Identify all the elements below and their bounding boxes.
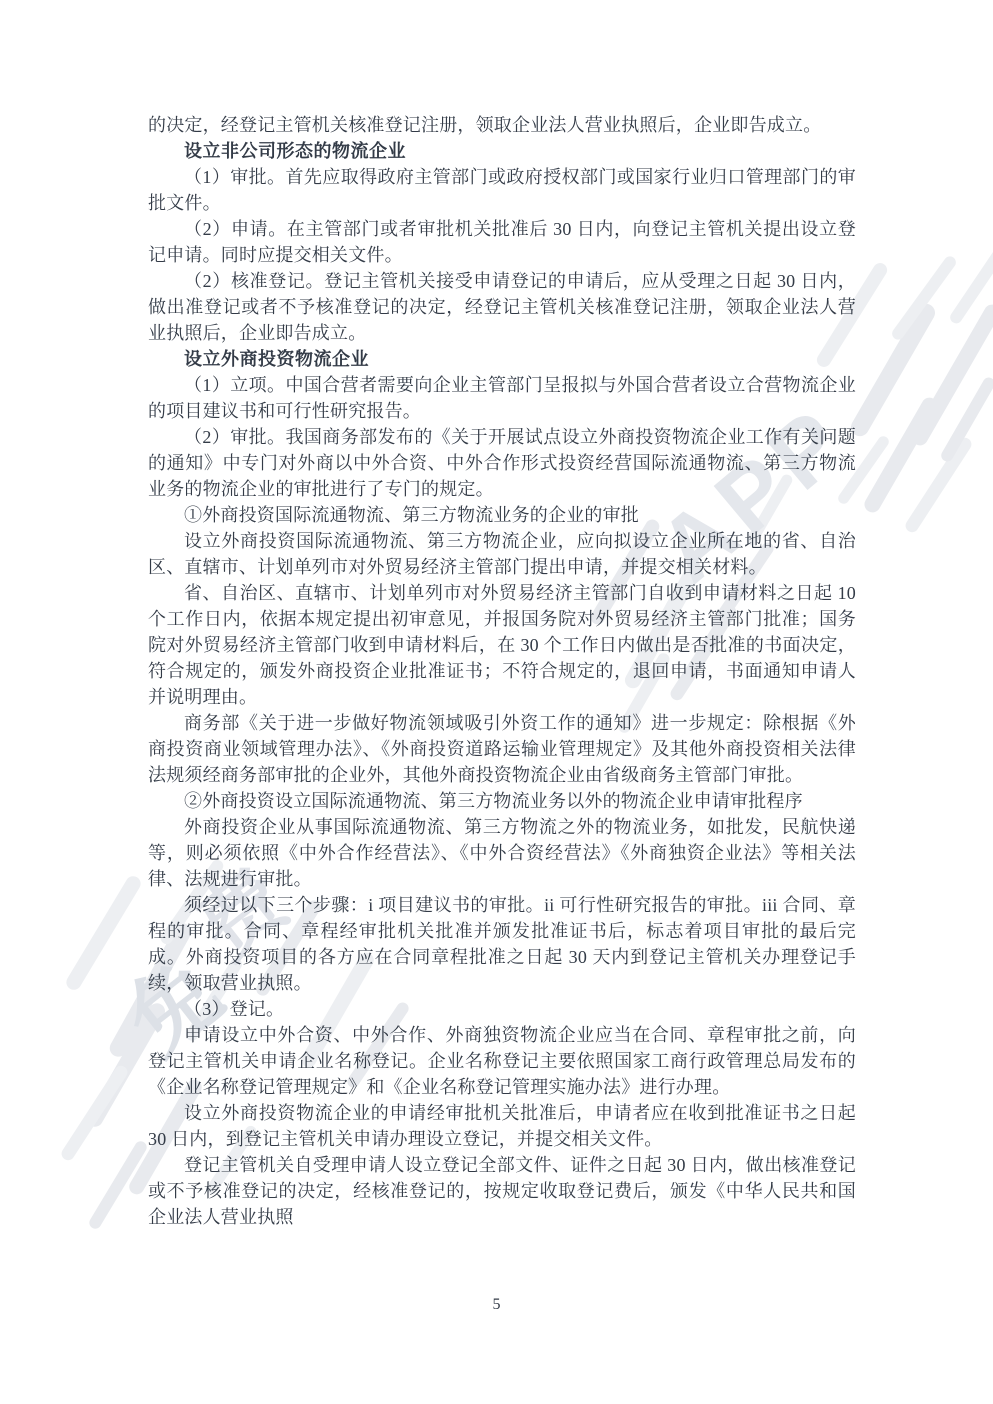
watermark-stroke — [848, 301, 939, 440]
paragraph: ②外商投资设立国际流通物流、第三方物流业务以外的物流企业申请审批程序 — [148, 788, 856, 814]
watermark-stroke — [862, 395, 941, 516]
watermark-stroke — [64, 873, 144, 992]
watermark-stroke — [909, 302, 993, 449]
paragraph: 申请设立中外合资、中外合作、外商独资物流企业应当在合同、章程审批之前，向登记主管… — [148, 1022, 856, 1100]
paragraph: 外商投资企业从事国际流通物流、第三方物流之外的物流业务，如批发，民航快递等，则必… — [148, 814, 856, 892]
paragraph: 设立外商投资国际流通物流、第三方物流企业，应向拟设立企业所在地的省、自治区、直辖… — [148, 528, 856, 580]
paragraph: （3）登记。 — [148, 996, 856, 1022]
page-body-text: 的决定，经登记主管机关核准登记注册，领取企业法人营业执照后，企业即告成立。设立非… — [148, 112, 856, 1230]
watermark-stroke — [890, 254, 958, 342]
paragraph: 须经过以下三个步骤：i 项目建议书的审批。ii 可行性研究报告的审批。iii 合… — [148, 892, 856, 996]
watermark-stroke — [59, 1063, 130, 1162]
paragraph: 商务部《关于进一步做好物流领域吸引外资工作的通知》进一步规定：除根据《外商投资商… — [148, 710, 856, 788]
paragraph: 登记主管机关自受理申请人设立登记全部文件、证件之日起 30 日内，做出核准登记或… — [148, 1152, 856, 1230]
paragraph: ①外商投资国际流通物流、第三方物流业务的企业的审批 — [148, 502, 856, 528]
watermark-stroke — [948, 244, 993, 325]
paragraph: （1）审批。首先应取得政府主管部门或政府授权部门或国家行业归口管理部门的审批文件… — [148, 164, 856, 216]
paragraph: 省、自治区、直辖市、计划单列市对外贸易经济主管部门自收到申请材料之日起 10 个… — [148, 580, 856, 710]
paragraph: 设立外商投资物流企业的申请经审批机关批准后，申请者应在收到批准证书之日起 30 … — [148, 1100, 856, 1152]
section-heading: 设立外商投资物流企业 — [148, 346, 856, 372]
paragraph: （2）审批。我国商务部发布的《关于开展试点设立外商投资物流企业工作有关问题的通知… — [148, 424, 856, 502]
paragraph: 的决定，经登记主管机关核准登记注册，领取企业法人营业执照后，企业即告成立。 — [148, 112, 856, 138]
section-heading: 设立非公司形态的物流企业 — [148, 138, 856, 164]
paragraph: （2）核准登记。登记主管机关接受申请登记的申请后，应从受理之日起 30 日内，做… — [148, 268, 856, 346]
watermark-stroke — [87, 1139, 149, 1231]
watermark-stroke — [939, 375, 993, 463]
page-number: 5 — [0, 1296, 993, 1314]
watermark-stroke — [903, 435, 974, 534]
document-page: 费 免 APP 的决定，经登记主管机关核准登记注册，领取企业法人营业执照后，企业… — [0, 0, 993, 1404]
paragraph: （2）申请。在主管部门或者审批机关批准后 30 日内，向登记主管机关提出设立登记… — [148, 216, 856, 268]
paragraph: （1）立项。中国合营者需要向企业主管部门呈报拟与外国合营者设立合营物流企业的项目… — [148, 372, 856, 424]
